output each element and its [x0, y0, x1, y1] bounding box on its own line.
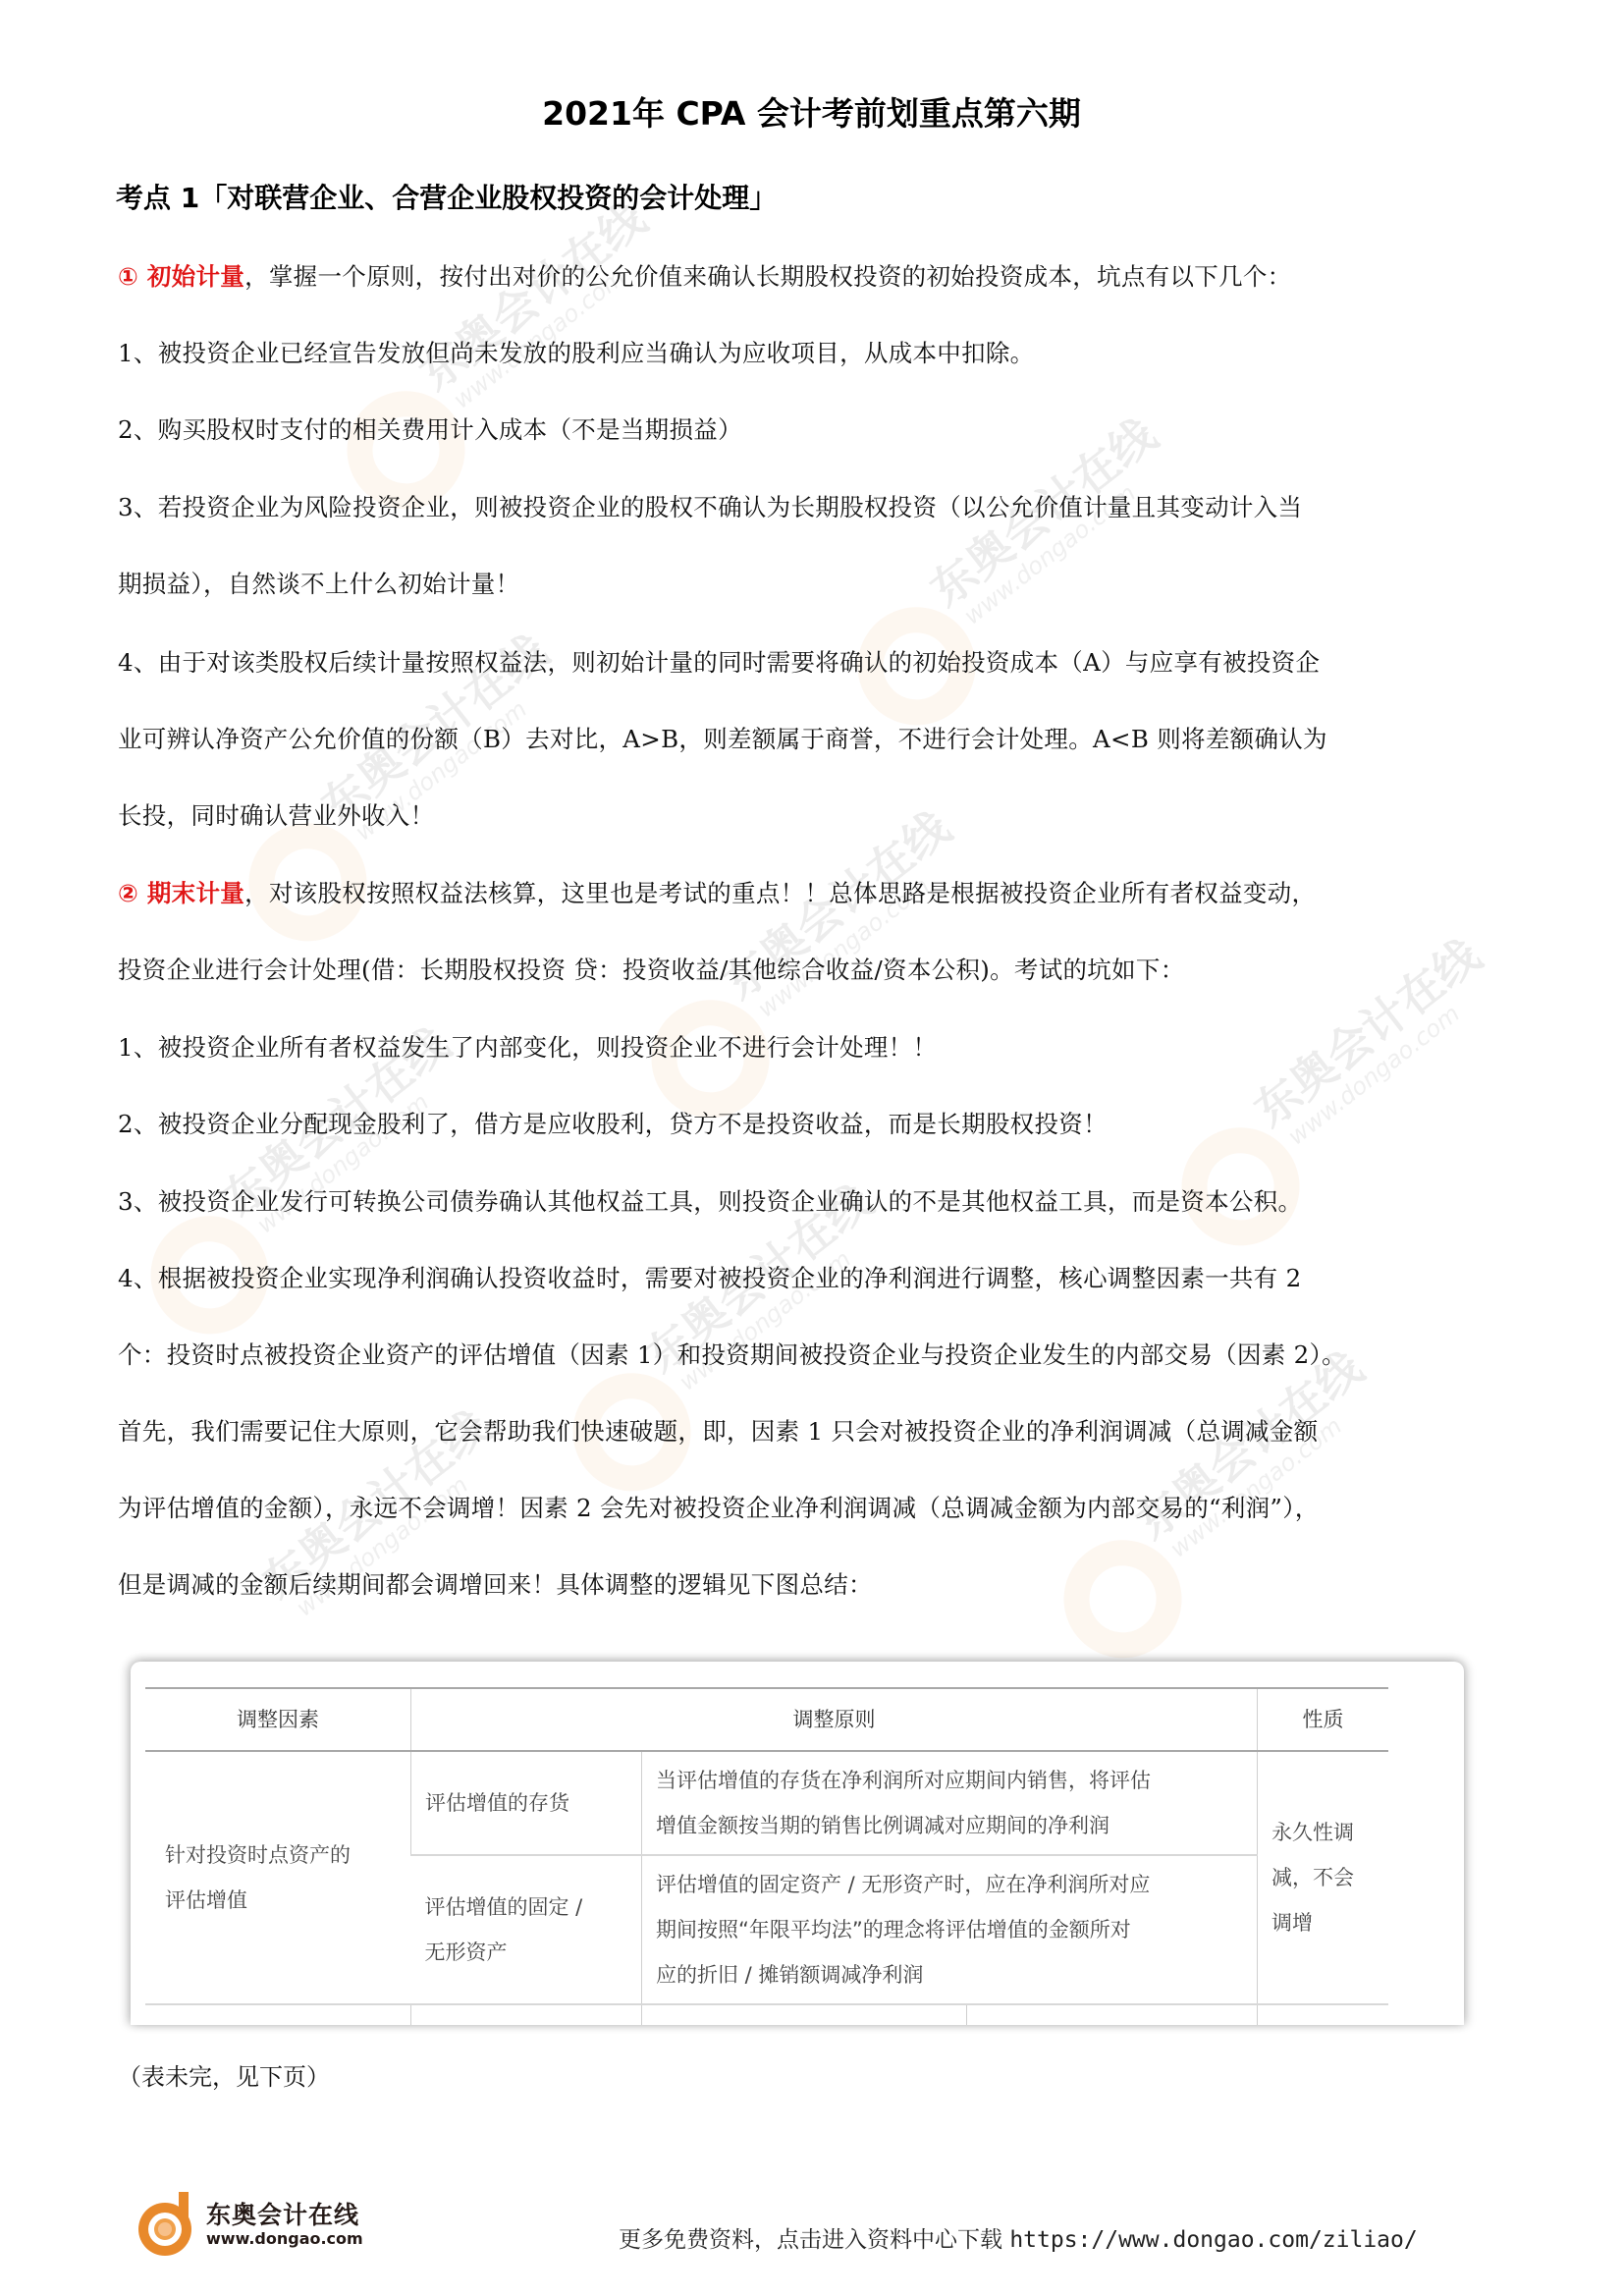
section1-item-2: 2、购买股权时支付的相关费用计入成本（不是当期损益） — [118, 410, 1522, 449]
paragraph-line: 为评估增值的金额），永远不会调增！因素 2 会先对被投资企业净利润调减（总调减金… — [118, 1489, 1522, 1527]
principle-line: 应的折旧 / 摊销额调减净利润 — [656, 1952, 1243, 1997]
factor-cell: 针对投资时点资产的 评估增值 — [145, 1751, 411, 2004]
principle-line: 增值金额按当期的销售比例调减对应期间的净利润 — [656, 1803, 1243, 1848]
empty-cell — [642, 2004, 1258, 2025]
paragraph-line: 首先，我们需要记住大原则，它会帮助我们快速破题，即，因素 1 只会对被投资企业的… — [118, 1412, 1522, 1450]
empty-cell — [411, 2004, 642, 2025]
paragraph-line: 3、被投资企业发行可转换公司债券确认其他权益工具，则投资企业确认的不是其他权益工… — [118, 1182, 1522, 1221]
paragraph-line: 1、被投资企业已经宣告发放但尚未发放的股利应当确认为应收项目，从成本中扣除。 — [118, 334, 1522, 372]
dongao-logo-icon — [135, 2192, 196, 2257]
paragraph-line: 业可辨认净资产公允价值的份额（B）去对比，A>B，则差额属于商誉，不进行会计处理… — [118, 720, 1522, 758]
section1-item-1: 1、被投资企业已经宣告发放但尚未发放的股利应当确认为应收项目，从成本中扣除。 — [118, 334, 1522, 372]
adjustment-table: 调整因素 调整原则 性质 针对投资时点资产的 评估增值 评估增值的存货 当评估增… — [145, 1687, 1388, 2025]
paragraph-line: 2、购买股权时支付的相关费用计入成本（不是当期损益） — [118, 410, 1522, 449]
header-nature: 性质 — [1258, 1688, 1389, 1751]
brand-logo[interactable]: 东奥会计在线 www.dongao.com — [128, 2188, 383, 2262]
table-row: 针对投资时点资产的 评估增值 评估增值的存货 当评估增值的存货在净利润所对应期间… — [145, 1751, 1388, 1855]
document-title: 2021年 CPA 会计考前划重点第六期 — [0, 88, 1623, 135]
section2-item-3: 3、被投资企业发行可转换公司债券确认其他权益工具，则投资企业确认的不是其他权益工… — [118, 1182, 1522, 1221]
paragraph-line: 但是调减的金额后续期间都会调增回来！具体调整的逻辑见下图总结： — [118, 1565, 1522, 1604]
nature-line: 永久性调 — [1271, 1810, 1375, 1855]
header-adjustment-principle: 调整原则 — [411, 1688, 1258, 1751]
principle-cell: 评估增值的固定资产 / 无形资产时，应在净利润所对应 期间按照“年限平均法”的理… — [642, 1855, 1258, 2004]
paragraph-line: 投资企业进行会计处理(借：长期股权投资 贷：投资收益/其他综合收益/资本公积)。… — [118, 951, 1522, 989]
asset-line: 无形资产 — [425, 1930, 628, 1975]
section1-intro: ① 初始计量，掌握一个原则，按付出对价的公允价值来确认长期股权投资的初始投资成本… — [118, 257, 1522, 296]
factor-line: 评估增值 — [165, 1878, 397, 1923]
paragraph-line: 4、根据被投资企业实现净利润确认投资收益时，需要对被投资企业的净利润进行调整，核… — [118, 1259, 1522, 1297]
table-header-row: 调整因素 调整原则 性质 — [145, 1688, 1388, 1751]
header-adjustment-factor: 调整因素 — [145, 1688, 411, 1751]
table-row-cutoff — [145, 2004, 1388, 2025]
section2-item-4: 4、根据被投资企业实现净利润确认投资收益时，需要对被投资企业的净利润进行调整，核… — [118, 1259, 1522, 1604]
section2-item-2: 2、被投资企业分配现金股利了，借方是应收股利，贷方不是投资收益，而是长期股权投资… — [118, 1105, 1522, 1143]
principle-line: 期间按照“年限平均法”的理念将评估增值的金额所对 — [656, 1907, 1243, 1952]
paragraph-line: 3、若投资企业为风险投资企业，则被投资企业的股权不确认为长期股权投资（以公允价值… — [118, 488, 1522, 526]
section2-marker: ② 期末计量 — [118, 879, 244, 907]
section1-marker: ① 初始计量 — [118, 262, 244, 291]
asset-line: 评估增值的固定 / — [425, 1885, 628, 1930]
download-url[interactable]: https://www.dongao.com/ziliao/ — [1009, 2227, 1417, 2253]
nature-line: 减，不会 — [1271, 1855, 1375, 1900]
empty-cell — [1258, 2004, 1389, 2025]
nature-cell: 永久性调 减，不会 调增 — [1258, 1751, 1389, 2004]
principle-line: 评估增值的固定资产 / 无形资产时，应在净利润所对应 — [656, 1862, 1243, 1907]
paragraph-line: 1、被投资企业所有者权益发生了内部变化，则投资企业不进行会计处理！！ — [118, 1028, 1522, 1066]
section1-item-4: 4、由于对该类股权后续计量按照权益法，则初始计量的同时需要将确认的初始投资成本（… — [118, 643, 1522, 835]
principle-cell: 当评估增值的存货在净利润所对应期间内销售，将评估 增值金额按当期的销售比例调减对… — [642, 1751, 1258, 1855]
asset-cell: 评估增值的存货 — [411, 1751, 642, 1855]
principle-line: 当评估增值的存货在净利润所对应期间内销售，将评估 — [656, 1758, 1243, 1803]
asset-line: 评估增值的存货 — [425, 1780, 627, 1826]
paragraph-line: 4、由于对该类股权后续计量按照权益法，则初始计量的同时需要将确认的初始投资成本（… — [118, 643, 1522, 682]
section1-item-3: 3、若投资企业为风险投资企业，则被投资企业的股权不确认为长期股权投资（以公允价值… — [118, 488, 1522, 603]
asset-cell: 评估增值的固定 / 无形资产 — [411, 1855, 642, 2004]
paragraph-line: 2、被投资企业分配现金股利了，借方是应收股利，贷方不是投资收益，而是长期股权投资… — [118, 1105, 1522, 1143]
section2-item-1: 1、被投资企业所有者权益发生了内部变化，则投资企业不进行会计处理！！ — [118, 1028, 1522, 1066]
section1-intro-text: ，掌握一个原则，按付出对价的公允价值来确认长期股权投资的初始投资成本，坑点有以下… — [244, 262, 1291, 291]
section2-intro-text: ，对该股权按照权益法核算，这里也是考试的重点！！总体思路是根据被投资企业所有者权… — [244, 879, 1316, 907]
paragraph-line: 长投，同时确认营业外收入！ — [118, 796, 1522, 835]
nature-line: 调增 — [1271, 1900, 1375, 1945]
download-link[interactable]: 更多免费资料，点击进入资料中心下载 https://www.dongao.com… — [619, 2221, 1418, 2254]
download-promo-text: 更多免费资料，点击进入资料中心下载 — [619, 2227, 1002, 2253]
table-continued-note: （表未完，见下页） — [118, 2057, 330, 2092]
brand-url: www.dongao.com — [206, 2229, 363, 2248]
empty-cell — [145, 2004, 411, 2025]
paragraph-line: 个：投资时点被投资企业资产的评估增值（因素 1）和投资期间被投资企业与投资企业发… — [118, 1336, 1522, 1374]
paragraph-line: 期损益），自然谈不上什么初始计量！ — [118, 565, 1522, 603]
brand-name: 东奥会计在线 — [206, 2196, 359, 2231]
section2-intro: ② 期末计量，对该股权按照权益法核算，这里也是考试的重点！！总体思路是根据被投资… — [118, 874, 1522, 989]
factor-line: 针对投资时点资产的 — [165, 1832, 397, 1878]
adjustment-table-card: 调整因素 调整原则 性质 针对投资时点资产的 评估增值 评估增值的存货 当评估增… — [131, 1662, 1464, 2025]
section-heading: 考点 1「对联营企业、合营企业股权投资的会计处理」 — [116, 177, 777, 216]
